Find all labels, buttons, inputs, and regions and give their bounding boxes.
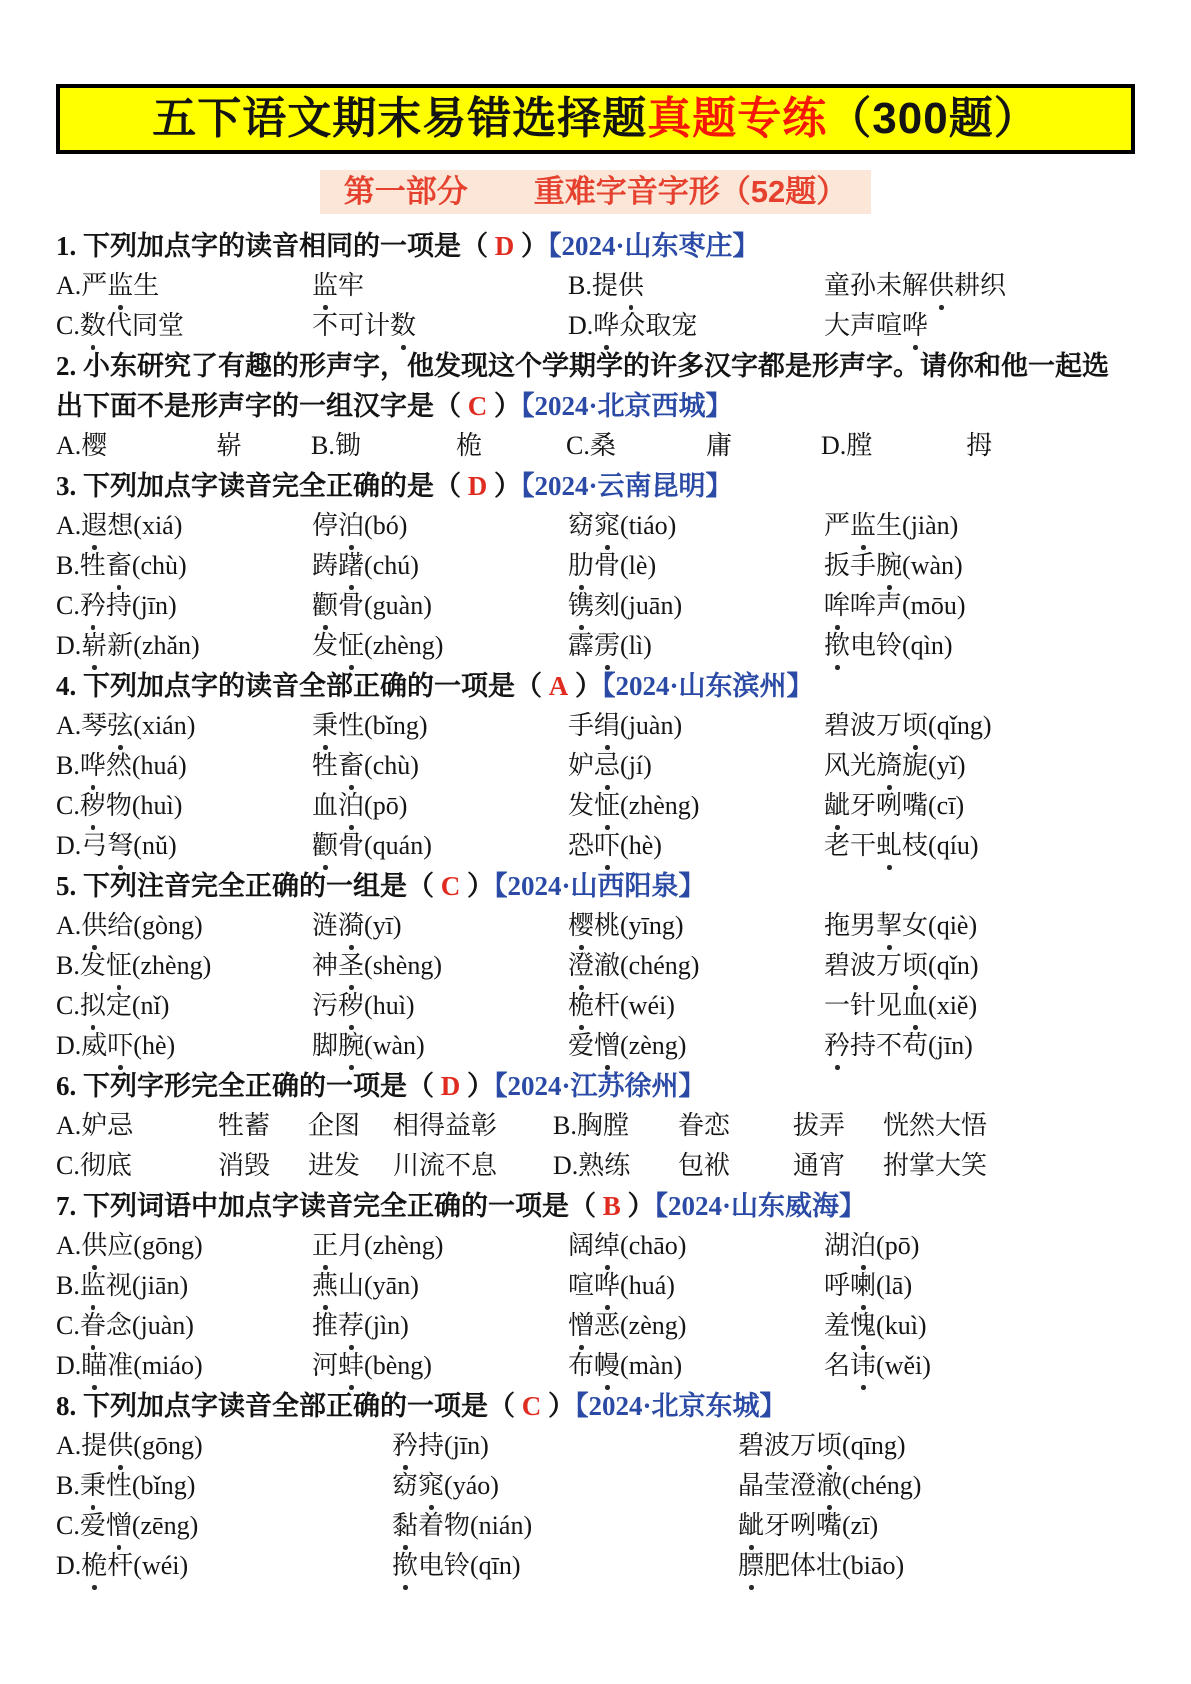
title-part-2: （300题） <box>827 97 1038 141</box>
option-cell: B.锄 <box>311 426 456 466</box>
option-cell: 喧哗(huá) <box>568 1266 824 1306</box>
option-row: A.妒忌牲蓄企图相得益彰B.胸膛眷恋拔弄恍然大悟 <box>56 1106 1135 1146</box>
option-cell: B.提供 <box>568 266 824 306</box>
emphasis-dot-char: 肋 <box>568 546 594 586</box>
option-cell: D.桅杆(wéi) <box>56 1546 392 1586</box>
question-6: 6. 下列字形完全正确的一项是（ D ）【2024·江苏徐州】A.妒忌牲蓄企图相… <box>56 1066 1135 1186</box>
option-row: D.桅杆(wéi)揿电铃(qīn)膘肥体壮(biāo) <box>56 1546 1135 1586</box>
question-stem: 5. 下列注音完全正确的一组是（ C ）【2024·山西阳泉】 <box>56 866 1135 906</box>
question-5: 5. 下列注音完全正确的一组是（ C ）【2024·山西阳泉】A.供给(gòng… <box>56 866 1135 1066</box>
option-cell: 包袱 <box>678 1146 793 1186</box>
option-row: A.供给(gòng)涟漪(yī)樱桃(yīng)拖男挈女(qiè) <box>56 906 1135 946</box>
question-source: 【2024·山东滨州】 <box>602 671 814 701</box>
option-row: D.弓弩(nǔ)颧骨(quán)恐吓(hè)老干虬枝(qíu) <box>56 826 1135 866</box>
emphasis-dot-char: 忌 <box>594 746 620 786</box>
emphasis-dot-char: 遐 <box>81 506 107 546</box>
emphasis-dot-char: 监 <box>312 266 338 306</box>
option-cell: D.熟练 <box>553 1146 678 1186</box>
option-row: D.瞄准(miáo)河蚌(bèng)布幔(màn)名讳(wěi) <box>56 1346 1135 1386</box>
option-cell: 相得益彰 <box>393 1106 553 1146</box>
emphasis-dot-char: 樱 <box>568 906 594 946</box>
option-cell: 窈窕(tiáo) <box>568 506 824 546</box>
option-cell: 推荐(jìn) <box>312 1306 568 1346</box>
emphasis-dot-char: 蚌 <box>338 1346 364 1386</box>
option-cell: 恍然大悟 <box>883 1106 1135 1146</box>
emphasis-dot-char: 数 <box>390 306 416 346</box>
option-cell: 爱憎(zèng) <box>568 1026 824 1066</box>
emphasis-dot-char: 供 <box>107 1426 133 1466</box>
emphasis-dot-char: 绰 <box>594 1226 620 1266</box>
option-row: A.严监生监牢B.提供童孙未解供耕织 <box>56 266 1135 306</box>
question-source: 【2024·云南昆明】 <box>521 471 733 501</box>
option-row: A.提供(gōng)矜持(jīn)碧波万顷(qīng) <box>56 1426 1135 1466</box>
option-cell: A.琴弦(xián) <box>56 706 312 746</box>
emphasis-dot-char: 镌 <box>568 586 594 626</box>
emphasis-dot-char: 监 <box>850 506 876 546</box>
emphasis-dot-char: 供 <box>81 906 107 946</box>
emphasis-dot-char: 崭 <box>81 626 107 666</box>
option-cell: 碧波万顷(qīng) <box>738 1426 1135 1466</box>
emphasis-dot-char: 揿 <box>824 626 850 666</box>
emphasis-dot-char: 矜 <box>824 1026 850 1066</box>
option-row: C.彻底消毁进发川流不息D.熟练包袱通宵拊掌大笑 <box>56 1146 1135 1186</box>
emphasis-dot-char: 桅 <box>568 986 594 1026</box>
option-row: A.琴弦(xián)秉性(bǐng)手绢(juàn)碧波万顷(qǐng) <box>56 706 1135 746</box>
option-cell: 呼喇(lā) <box>824 1266 1135 1306</box>
option-cell: D.弓弩(nǔ) <box>56 826 312 866</box>
option-cell: C.眷念(juàn) <box>56 1306 312 1346</box>
option-cell: 颧骨(quán) <box>312 826 568 866</box>
option-cell: B.监视(jiān) <box>56 1266 312 1306</box>
option-cell: D.瞄准(miáo) <box>56 1346 312 1386</box>
question-source: 【2024·北京西城】 <box>521 391 733 421</box>
option-cell: 窈窕(yáo) <box>392 1466 738 1506</box>
section-name-label: 重难字音字形（52题） <box>534 174 847 209</box>
option-cell: 桅 <box>456 426 566 466</box>
emphasis-dot-char: 监 <box>80 1266 106 1306</box>
option-cell: 碧波万顷(qǐn) <box>824 946 1135 986</box>
question-2: 2. 小东研究了有趣的形声字，他发现这个学期学的许多汉字都是形声字。请你和他一起… <box>56 346 1135 466</box>
option-cell: A.妒忌 <box>56 1106 218 1146</box>
question-source: 【2024·江苏徐州】 <box>494 1071 706 1101</box>
emphasis-dot-char: 澈 <box>816 1466 842 1506</box>
option-cell: B.牲畜(chù) <box>56 546 312 586</box>
emphasis-dot-char: 监 <box>107 266 133 306</box>
section-part-label: 第一部分 <box>344 174 468 209</box>
option-cell: B.哗然(huá) <box>56 746 312 786</box>
option-cell: 崭 <box>216 426 311 466</box>
option-cell: D.膛 <box>821 426 966 466</box>
emphasis-dot-char: 顷 <box>902 946 928 986</box>
emphasis-dot-char: 瞄 <box>81 1346 107 1386</box>
option-row: C.眷念(juàn)推荐(jìn)憎恶(zèng)羞愧(kuì) <box>56 1306 1135 1346</box>
question-stem: 2. 小东研究了有趣的形声字，他发现这个学期学的许多汉字都是形声字。请你和他一起… <box>56 346 1135 426</box>
question-source: 【2024·北京东城】 <box>575 1391 787 1421</box>
option-cell: 秉性(bǐng) <box>312 706 568 746</box>
option-row: A.遐想(xiá)停泊(bó)窈窕(tiáo)严监生(jiàn) <box>56 506 1135 546</box>
emphasis-dot-char: 旖 <box>876 746 902 786</box>
option-cell: A.提供(gōng) <box>56 1426 392 1466</box>
emphasis-dot-char: 泊 <box>850 1226 876 1266</box>
option-cell: 拊掌大笑 <box>883 1146 1135 1186</box>
question-stem: 7. 下列词语中加点字读音完全正确的一项是（ B ）【2024·山东威海】 <box>56 1186 1135 1226</box>
emphasis-dot-char: 讳 <box>850 1346 876 1386</box>
option-cell: 童孙未解供耕织 <box>824 266 1135 306</box>
option-cell: C.秽物(huì) <box>56 786 312 826</box>
emphasis-dot-char: 憎 <box>568 1306 594 1346</box>
option-cell: 妒忌(jí) <box>568 746 824 786</box>
option-cell: 监牢 <box>312 266 568 306</box>
option-cell: 严监生(jiàn) <box>824 506 1135 546</box>
emphasis-dot-char: 秽 <box>80 786 106 826</box>
option-row: C.秽物(huì)血泊(pō)发怔(zhèng)龇牙咧嘴(cī) <box>56 786 1135 826</box>
option-row: B.秉性(bǐng)窈窕(yáo)晶莹澄澈(chéng) <box>56 1466 1135 1506</box>
emphasis-dot-char: 矜 <box>392 1426 418 1466</box>
questions-container: 1. 下列加点字的读音相同的一项是（ D ）【2024·山东枣庄】A.严监生监牢… <box>56 226 1135 1586</box>
emphasis-dot-char: 腕 <box>338 1026 364 1066</box>
option-cell: 颧骨(guàn) <box>312 586 568 626</box>
option-cell: 污秽(huì) <box>312 986 568 1026</box>
emphasis-dot-char: 眷 <box>80 1306 106 1346</box>
option-cell: 停泊(bó) <box>312 506 568 546</box>
option-cell: D.崭新(zhǎn) <box>56 626 312 666</box>
emphasis-dot-char: 雳 <box>594 626 620 666</box>
answer-letter: C <box>522 1391 542 1421</box>
emphasis-dot-char: 吓 <box>594 826 620 866</box>
option-cell: 牲蓄 <box>218 1106 308 1146</box>
option-cell: 龇牙咧嘴(zī) <box>738 1506 1135 1546</box>
option-cell: 牲畜(chù) <box>312 746 568 786</box>
option-cell: 肋骨(lè) <box>568 546 824 586</box>
question-stem: 6. 下列字形完全正确的一项是（ D ）【2024·江苏徐州】 <box>56 1066 1135 1106</box>
emphasis-dot-char: 顷 <box>902 706 928 746</box>
option-row: C.拟定(nǐ)污秽(huì)桅杆(wéi)一针见血(xiě) <box>56 986 1135 1026</box>
option-cell: 进发 <box>308 1146 393 1186</box>
option-cell: 风光旖旎(yǐ) <box>824 746 1135 786</box>
emphasis-dot-char: 颧 <box>312 586 338 626</box>
emphasis-dot-char: 燕 <box>312 1266 338 1306</box>
emphasis-dot-char: 泊 <box>338 506 364 546</box>
answer-letter: D <box>441 1071 461 1101</box>
option-cell: 扳手腕(wàn) <box>824 546 1135 586</box>
emphasis-dot-char: 腕 <box>876 546 902 586</box>
worksheet-page: 五下语文期末易错选择题真题专练（300题） 第一部分重难字音字形（52题） 1.… <box>0 0 1191 1586</box>
option-cell: 膘肥体壮(biāo) <box>738 1546 1135 1586</box>
option-cell: C.矜持(jīn) <box>56 586 312 626</box>
section-header-row: 第一部分重难字音字形（52题） <box>56 170 1135 214</box>
option-cell: 镌刻(juān) <box>568 586 824 626</box>
question-3: 3. 下列加点字读音完全正确的是（ D ）【2024·云南昆明】A.遐想(xiá… <box>56 466 1135 666</box>
emphasis-dot-char: 漪 <box>338 906 364 946</box>
option-cell: 矜持不苟(jīn) <box>824 1026 1135 1066</box>
answer-letter: B <box>603 1191 621 1221</box>
option-cell: 血泊(pō) <box>312 786 568 826</box>
option-cell: 碧波万顷(qǐng) <box>824 706 1135 746</box>
emphasis-dot-char: 哗 <box>80 746 106 786</box>
emphasis-dot-char: 膘 <box>738 1546 764 1586</box>
option-cell: 河蚌(bèng) <box>312 1346 568 1386</box>
emphasis-dot-char: 圣 <box>338 946 364 986</box>
emphasis-dot-char: 数 <box>80 306 106 346</box>
emphasis-dot-char: 供 <box>81 1226 107 1266</box>
option-row: B.牲畜(chù)踌躇(chú)肋骨(lè)扳手腕(wàn) <box>56 546 1135 586</box>
answer-letter: A <box>549 671 569 701</box>
worksheet-title-banner: 五下语文期末易错选择题真题专练（300题） <box>56 84 1135 154</box>
option-cell: C.桑 <box>566 426 706 466</box>
option-cell: A.樱 <box>56 426 216 466</box>
emphasis-dot-char: 秉 <box>312 706 338 746</box>
option-cell: B.发怔(zhèng) <box>56 946 312 986</box>
emphasis-dot-char: 哗 <box>902 306 928 346</box>
question-4: 4. 下列加点字的读音全部正确的一项是（ A ）【2024·山东滨州】A.琴弦(… <box>56 666 1135 866</box>
option-cell: D.威吓(hè) <box>56 1026 312 1066</box>
option-cell: 发怔(zhèng) <box>312 626 568 666</box>
option-cell: C.爱憎(zēng) <box>56 1506 392 1546</box>
emphasis-dot-char: 颧 <box>312 826 338 866</box>
emphasis-dot-char: 幔 <box>594 1346 620 1386</box>
question-stem: 3. 下列加点字读音完全正确的是（ D ）【2024·云南昆明】 <box>56 466 1135 506</box>
emphasis-dot-char: 供 <box>928 266 954 306</box>
emphasis-dot-char: 憎 <box>106 1506 132 1546</box>
option-cell: D.哗众取宠 <box>568 306 824 346</box>
emphasis-dot-char: 哗 <box>593 306 619 346</box>
option-cell: C.数代同堂 <box>56 306 312 346</box>
emphasis-dot-char: 泊 <box>338 786 364 826</box>
option-cell: 名讳(wěi) <box>824 1346 1135 1386</box>
emphasis-dot-char: 顷 <box>816 1426 842 1466</box>
question-source: 【2024·山东枣庄】 <box>548 231 760 261</box>
emphasis-dot-char: 躇 <box>338 546 364 586</box>
section-header: 第一部分重难字音字形（52题） <box>320 170 871 214</box>
option-cell: 拇 <box>966 426 1135 466</box>
option-cell: 企图 <box>308 1106 393 1146</box>
option-cell: 布幔(màn) <box>568 1346 824 1386</box>
question-source: 【2024·山西阳泉】 <box>494 871 706 901</box>
option-cell: 大声喧哗 <box>824 306 1135 346</box>
option-row: A.樱崭B.锄桅C.桑庸D.膛拇 <box>56 426 1135 466</box>
option-cell: 羞愧(kuì) <box>824 1306 1135 1346</box>
option-cell: 揿电铃(qīn) <box>392 1546 738 1586</box>
emphasis-dot-char: 正 <box>312 1226 338 1266</box>
question-stem: 1. 下列加点字的读音相同的一项是（ D ）【2024·山东枣庄】 <box>56 226 1135 266</box>
option-cell: 霹雳(lì) <box>568 626 824 666</box>
emphasis-dot-char: 秽 <box>338 986 364 1026</box>
option-cell: 拖男挈女(qiè) <box>824 906 1135 946</box>
emphasis-dot-char: 矜 <box>80 586 106 626</box>
emphasis-dot-char: 憎 <box>594 1026 620 1066</box>
option-row: D.崭新(zhǎn)发怔(zhèng)霹雳(lì)揿电铃(qìn) <box>56 626 1135 666</box>
answer-letter: D <box>495 231 515 261</box>
option-cell: B.秉性(bǐng) <box>56 1466 392 1506</box>
emphasis-dot-char: 哞 <box>824 586 850 626</box>
option-cell: 龇牙咧嘴(cī) <box>824 786 1135 826</box>
emphasis-dot-char: 桅 <box>81 1546 107 1586</box>
emphasis-dot-char: 秉 <box>80 1466 106 1506</box>
option-cell: A.严监生 <box>56 266 312 306</box>
question-1: 1. 下列加点字的读音相同的一项是（ D ）【2024·山东枣庄】A.严监生监牢… <box>56 226 1135 346</box>
option-cell: 樱桃(yīng) <box>568 906 824 946</box>
option-row: A.供应(gōng)正月(zhèng)阔绰(chāo)湖泊(pō) <box>56 1226 1135 1266</box>
emphasis-dot-char: 哗 <box>594 1266 620 1306</box>
emphasis-dot-char: 怔 <box>106 946 132 986</box>
title-part-red: 真题专练 <box>647 97 827 141</box>
question-source: 【2024·山东威海】 <box>655 1191 867 1221</box>
option-cell: A.遐想(xiá) <box>56 506 312 546</box>
emphasis-dot-char: 弩 <box>107 826 133 866</box>
emphasis-dot-char: 龇 <box>824 786 850 826</box>
option-cell: 川流不息 <box>393 1146 553 1186</box>
option-cell: 澄澈(chéng) <box>568 946 824 986</box>
option-cell: 脚腕(wàn) <box>312 1026 568 1066</box>
emphasis-dot-char: 畜 <box>106 546 132 586</box>
option-row: B.发怔(zhèng)神圣(shèng)澄澈(chéng)碧波万顷(qǐn) <box>56 946 1135 986</box>
option-cell: 正月(zhèng) <box>312 1226 568 1266</box>
emphasis-dot-char: 喇 <box>850 1266 876 1306</box>
emphasis-dot-char: 供 <box>618 266 644 306</box>
option-cell: 憎恶(zèng) <box>568 1306 824 1346</box>
option-cell: 拔弄 <box>793 1106 883 1146</box>
option-cell: 哞哞声(mōu) <box>824 586 1135 626</box>
option-cell: 庸 <box>706 426 821 466</box>
option-row: D.威吓(hè)脚腕(wàn)爱憎(zèng)矜持不苟(jīn) <box>56 1026 1135 1066</box>
emphasis-dot-char: 黏 <box>392 1506 418 1546</box>
option-cell: C.拟定(nǐ) <box>56 986 312 1026</box>
emphasis-dot-char: 弦 <box>107 706 133 746</box>
option-cell: 黏着物(nián) <box>392 1506 738 1546</box>
emphasis-dot-char: 挈 <box>876 906 902 946</box>
option-cell: B.胸膛 <box>553 1106 678 1146</box>
title-part-1: 五下语文期末易错选择题 <box>152 97 647 141</box>
option-cell: 发怔(zhèng) <box>568 786 824 826</box>
option-row: B.哗然(huá)牲畜(chù)妒忌(jí)风光旖旎(yǐ) <box>56 746 1135 786</box>
option-cell: 老干虬枝(qíu) <box>824 826 1135 866</box>
emphasis-dot-char: 愧 <box>850 1306 876 1346</box>
option-cell: 手绢(juàn) <box>568 706 824 746</box>
emphasis-dot-char: 绢 <box>594 706 620 746</box>
option-cell: A.供给(gòng) <box>56 906 312 946</box>
option-cell: 揿电铃(qìn) <box>824 626 1135 666</box>
answer-letter: D <box>468 471 488 501</box>
option-cell: 矜持(jīn) <box>392 1426 738 1466</box>
question-stem: 4. 下列加点字的读音全部正确的一项是（ A ）【2024·山东滨州】 <box>56 666 1135 706</box>
question-stem: 8. 下列加点字读音全部正确的一项是（ C ）【2024·北京东城】 <box>56 1386 1135 1426</box>
emphasis-dot-char: 怔 <box>594 786 620 826</box>
question-7: 7. 下列词语中加点字读音完全正确的一项是（ B ）【2024·山东威海】A.供… <box>56 1186 1135 1386</box>
option-cell: 桅杆(wéi) <box>568 986 824 1026</box>
emphasis-dot-char: 窕 <box>594 506 620 546</box>
emphasis-dot-char: 拟 <box>80 986 106 1026</box>
option-cell: 阔绰(chāo) <box>568 1226 824 1266</box>
option-cell: C.彻底 <box>56 1146 218 1186</box>
option-cell: 眷恋 <box>678 1106 793 1146</box>
option-cell: 一针见血(xiě) <box>824 986 1135 1026</box>
emphasis-dot-char: 虬 <box>876 826 902 866</box>
option-cell: A.供应(gōng) <box>56 1226 312 1266</box>
emphasis-dot-char: 畜 <box>338 746 364 786</box>
option-row: B.监视(jiān)燕山(yān)喧哗(huá)呼喇(lā) <box>56 1266 1135 1306</box>
option-cell: 消毁 <box>218 1146 308 1186</box>
option-row: C.矜持(jīn)颧骨(guàn)镌刻(juān)哞哞声(mōu) <box>56 586 1135 626</box>
option-cell: 燕山(yān) <box>312 1266 568 1306</box>
answer-letter: C <box>441 871 461 901</box>
option-cell: 神圣(shèng) <box>312 946 568 986</box>
option-cell: 不可计数 <box>312 306 568 346</box>
option-cell: 踌躇(chú) <box>312 546 568 586</box>
emphasis-dot-char: 揿 <box>392 1546 418 1586</box>
question-8: 8. 下列加点字读音全部正确的一项是（ C ）【2024·北京东城】A.提供(g… <box>56 1386 1135 1586</box>
emphasis-dot-char: 荐 <box>338 1306 364 1346</box>
emphasis-dot-char: 澄 <box>568 946 594 986</box>
emphasis-dot-char: 血 <box>902 986 928 1026</box>
option-cell: 通宵 <box>793 1146 883 1186</box>
answer-letter: C <box>468 391 488 421</box>
option-row: C.爱憎(zēng)黏着物(nián)龇牙咧嘴(zī) <box>56 1506 1135 1546</box>
option-cell: 恐吓(hè) <box>568 826 824 866</box>
emphasis-dot-char: 怔 <box>338 626 364 666</box>
option-cell: 湖泊(pō) <box>824 1226 1135 1266</box>
option-cell: 晶莹澄澈(chéng) <box>738 1466 1135 1506</box>
option-cell: 涟漪(yī) <box>312 906 568 946</box>
emphasis-dot-char: 龇 <box>738 1506 764 1546</box>
emphasis-dot-char: 窕 <box>418 1466 444 1506</box>
option-row: C.数代同堂不可计数D.哗众取宠大声喧哗 <box>56 306 1135 346</box>
emphasis-dot-char: 吓 <box>107 1026 133 1066</box>
